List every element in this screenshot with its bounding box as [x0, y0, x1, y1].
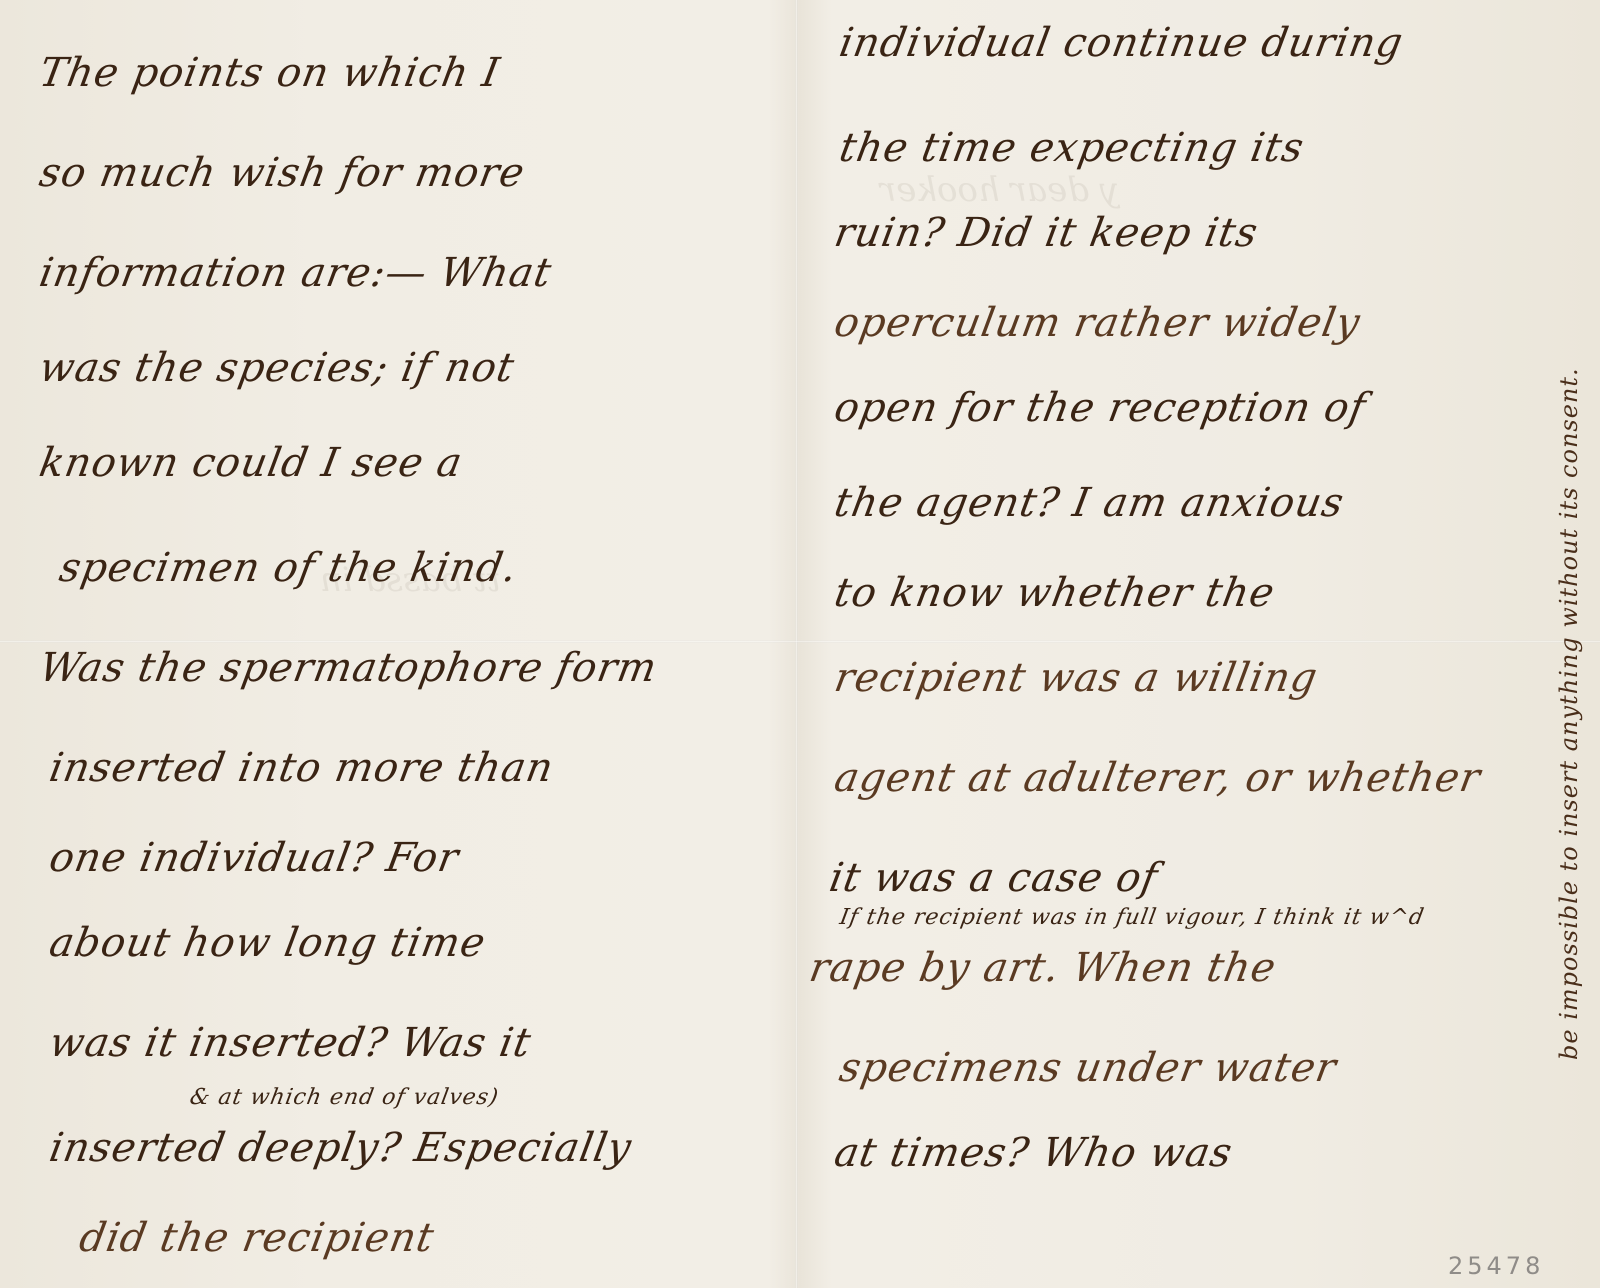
- right-line-3: ruin? Did it keep its: [831, 210, 1262, 256]
- right-line-9: agent at adulterer, or whether: [831, 755, 1484, 801]
- right-line-13: at times? Who was: [831, 1130, 1236, 1176]
- left-line-5: known could I see a: [36, 440, 466, 486]
- right-line-7: to know whether the: [831, 570, 1279, 616]
- vertical-fold-crease: [795, 0, 798, 1288]
- right-line-1: individual continue during: [836, 20, 1407, 66]
- left-interlinear-insertion: & at which end of valves): [188, 1085, 501, 1110]
- left-line-4: was the species; if not: [36, 345, 518, 391]
- letter-page: y dear hooker tt bassd in The points on …: [0, 0, 1600, 1288]
- right-line-10: it was a case of: [826, 855, 1162, 901]
- right-line-2: the time expecting its: [836, 125, 1308, 171]
- left-line-12: inserted deeply? Especially: [46, 1125, 635, 1171]
- right-interlinear-insertion: If the recipient was in full vigour, I t…: [838, 905, 1427, 930]
- right-line-5: open for the reception of: [831, 385, 1370, 431]
- left-line-11: was it inserted? Was it: [46, 1020, 535, 1066]
- left-line-7: Was the spermatophore form: [36, 645, 661, 691]
- left-line-6: specimen of the kind.: [56, 545, 521, 591]
- left-line-3: information are:— What: [36, 250, 556, 296]
- left-line-2: so much wish for more: [36, 150, 529, 196]
- right-line-11: rape by art. When the: [806, 945, 1280, 991]
- bleed-through-text: y dear hooker: [880, 170, 1119, 210]
- left-line-9: one individual? For: [46, 835, 463, 881]
- left-line-10: about how long time: [46, 920, 489, 966]
- margin-note-vertical: be impossible to insert anything without…: [1555, 367, 1583, 1060]
- left-line-13: did the recipient: [76, 1215, 438, 1261]
- catalog-number: 25478: [1448, 1252, 1544, 1280]
- left-line-1: The points on which I: [36, 50, 504, 96]
- right-line-8: recipient was a willing: [831, 655, 1321, 701]
- horizontal-fold-crease: [0, 640, 1600, 643]
- right-line-12: specimens under water: [836, 1045, 1340, 1091]
- left-line-8: inserted into more than: [46, 745, 557, 791]
- right-line-4: operculum rather widely: [831, 300, 1364, 346]
- right-line-6: the agent? I am anxious: [831, 480, 1348, 526]
